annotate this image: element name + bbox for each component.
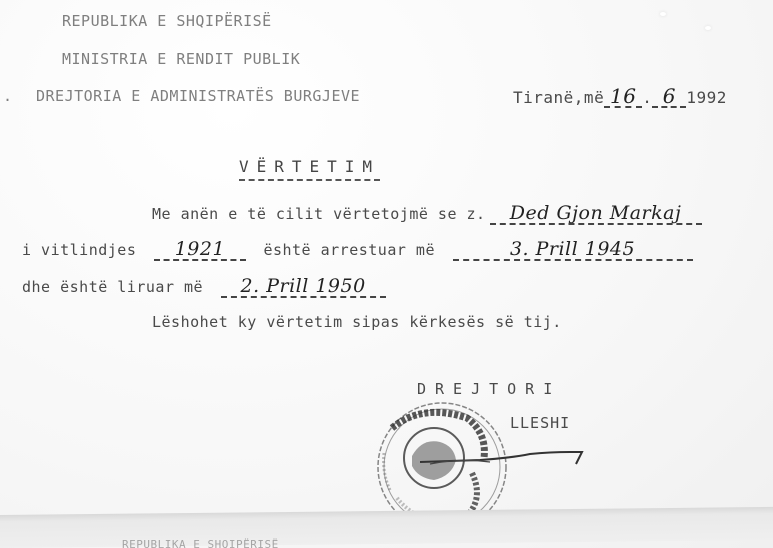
certify-text: Me anën e të cilit vërtetojmë se z. (152, 205, 486, 223)
body-line-2: i vitlindjes 1921 është arrestuar më 3. … (22, 240, 693, 261)
release-date: 2. Prill 1950 (221, 277, 386, 298)
header-ministry: MINISTRIA E RENDIT PUBLIK (62, 50, 300, 68)
person-name: Ded Gjon Markaj (490, 204, 702, 225)
birth-year-label: i vitlindjes (22, 241, 136, 259)
body-line-1: Me anën e të cilit vërtetojmë se z.Ded G… (152, 204, 702, 225)
date-separator: . (642, 88, 652, 107)
release-label: dhe është liruar më (22, 278, 203, 296)
director-signature (420, 440, 590, 470)
document-title: VËRTETIM (239, 157, 380, 181)
signer-title: DREJTORI (417, 380, 561, 398)
birth-year: 1921 (154, 240, 246, 261)
signer-name: LLESHI (510, 414, 570, 432)
header-directorate: DREJTORIA E ADMINISTRATËS BURGJEVE (36, 87, 360, 105)
issuance-statement: Lëshohet ky vërtetim sipas kërkesës së t… (152, 313, 562, 331)
margin-dot: . (3, 87, 13, 105)
header-republic: REPUBLIKA E SHQIPËRISË (62, 12, 272, 30)
arrest-label: është arrestuar më (263, 241, 435, 259)
date-prefix: Tiranë,më (513, 88, 604, 107)
paper-blemish (660, 12, 666, 16)
arrest-date: 3. Prill 1945 (453, 240, 693, 261)
next-page-header-partial: REPUBLIKA E SHQIPËRISË (122, 538, 279, 548)
date-line: Tiranë,më16.61992 (513, 86, 727, 108)
paper-blemish (705, 26, 711, 30)
date-year: 1992 (686, 88, 727, 107)
date-month: 6 (652, 86, 686, 108)
body-line-3: dhe është liruar më 2. Prill 1950 (22, 277, 386, 298)
date-day: 16 (604, 86, 642, 108)
